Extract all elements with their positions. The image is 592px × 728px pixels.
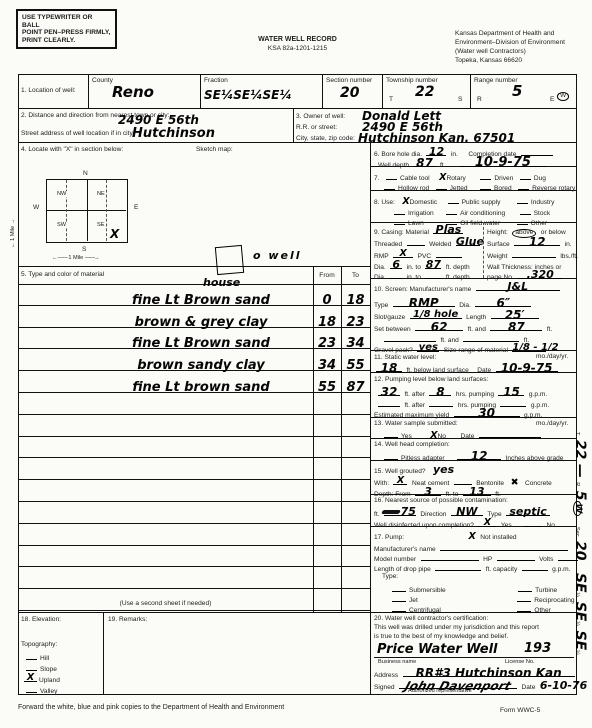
reverse-rotary-blank <box>518 183 529 190</box>
domestic-check: X <box>402 196 409 207</box>
dia1-ftdepth: ft. depth <box>446 264 470 271</box>
direction-value: NW <box>451 507 483 517</box>
sec3-city-label: City, state, zip code: <box>296 135 355 143</box>
static-date-label: Date <box>477 367 491 374</box>
sec2-value1: 2490 E 56th <box>118 113 199 127</box>
set-ft-label: ft. <box>547 326 553 333</box>
slope-label: Slope <box>40 666 57 673</box>
sample-no-check: X <box>430 430 437 441</box>
screen-length-blank: 25′ <box>491 312 539 319</box>
pump-hrs-value: 8 <box>429 387 451 397</box>
disinfected-yes-blank: X <box>478 520 496 527</box>
est-yield-label: Estimated maximum yield <box>374 412 449 419</box>
jetted-label: Jetted <box>450 185 468 192</box>
water-well-record-form: USE TYPEWRITER OR BALL POINT PEN–PRESS F… <box>0 0 592 728</box>
pump-gpm-value: 15 <box>498 387 524 397</box>
set-between-label: Set between <box>374 326 411 333</box>
margin-section-value: 20 <box>572 541 588 560</box>
margin-se2: SE <box>572 602 588 622</box>
sample-mdy-label: mo./day/yr. <box>536 420 568 428</box>
pitless-blank <box>384 453 398 460</box>
jetted-blank <box>436 183 447 190</box>
cell-line <box>88 74 89 108</box>
height-label: Height: <box>487 229 508 236</box>
well-depth-blank: 87 <box>414 160 436 167</box>
sec17-line4: Length of drop pipe ft. capacity g.p.m. <box>374 563 571 574</box>
margin-township-value: 22 <box>572 440 588 459</box>
sec17-line2: Manufacturer's name <box>374 543 568 554</box>
section-grid: NW NE SW SE X <box>46 179 128 243</box>
fraction-value: SE¼SE¼SE¼ <box>204 88 292 102</box>
cable-tool-label: Cable tool <box>400 175 430 182</box>
sec10-line6: Gravel pack? yes Size range of material … <box>374 344 546 355</box>
county-value: Reno <box>112 83 154 101</box>
sec14-line2: Pitless adapter 12 Inches above grade <box>382 452 563 463</box>
address-blank: RR#3 Hutchinson Kan <box>403 670 575 677</box>
table-row <box>18 567 370 589</box>
sample-no-label: No <box>438 433 446 440</box>
cell-line <box>322 74 323 108</box>
address-value: RR#3 Hutchinson Kan <box>403 668 575 678</box>
set2-blank: 87 <box>490 324 542 331</box>
margin-legal-annotation: T 22 — R 5W Sec 20 SE¼ SE¼ SE¼ <box>559 432 589 700</box>
table-row <box>18 502 370 524</box>
table-row <box>18 437 370 459</box>
not-installed-check: X <box>469 531 476 542</box>
row1-divider <box>18 108 577 109</box>
irrigation-blank <box>394 208 405 215</box>
margin-t-label: T <box>574 432 580 435</box>
margin-dash: — <box>572 464 588 478</box>
valley-label: Valley <box>40 688 57 695</box>
capacity-blank <box>522 564 548 571</box>
not-installed-label: Not installed <box>480 534 516 541</box>
sec15-line1: 15. Well grouted? yes <box>374 465 454 476</box>
sec8-line1: 8. Use: XDomestic Public supply Industry <box>374 196 554 207</box>
elevation-label: 18. Elevation: <box>21 616 61 624</box>
disinfected-yes-label: Yes <box>501 522 512 529</box>
slot-gauze-blank: 1/8 hole <box>410 312 462 319</box>
pump-type-label: Type: <box>382 573 398 581</box>
industry-blank <box>517 197 528 204</box>
pump-label: 17. Pump: <box>374 534 404 541</box>
compass-s: S <box>82 246 86 254</box>
table-row: brown & grey clay1823 <box>18 306 370 328</box>
weight-label: Weight <box>487 253 507 260</box>
pvc-blank <box>436 251 462 258</box>
contam-dist-blank: 75 <box>384 509 416 516</box>
screen-type-value: RMP <box>393 298 455 308</box>
quadrant-nw: NW <box>56 191 67 197</box>
township-s: S <box>458 96 462 104</box>
upland-blank: X <box>24 675 37 682</box>
disinfected-no-label: No <box>547 522 555 529</box>
neat-cement-blank: X <box>393 478 407 485</box>
grid-center-hline <box>47 210 126 211</box>
sec8-line2: Irrigation Air conditioning Stock <box>392 207 550 218</box>
centrifugal-blank <box>392 605 406 612</box>
cell-line <box>470 74 471 108</box>
distribution-note: Forward the white, blue and pink copies … <box>18 704 284 712</box>
sec2-label2: Street address of well location if in ci… <box>21 130 135 138</box>
margin-q1: ¼ <box>574 593 580 598</box>
sample-date-label: Date <box>460 433 474 440</box>
screen-type-blank: RMP <box>393 300 455 307</box>
jet-label: Jet <box>409 597 418 604</box>
sec7-line2: Hollow rod Jetted Bored Reverse rotary <box>382 182 575 193</box>
submersible-blank <box>392 585 406 592</box>
disinfected-label: Well disinfected upon completion? <box>374 522 474 529</box>
cell-line <box>382 74 383 108</box>
range-r: R <box>477 96 482 104</box>
weight-blank <box>512 251 556 258</box>
grid-center-vline <box>87 180 88 241</box>
completion-date-value: 10-9-75 <box>460 158 546 168</box>
disinfected-yes-check: X <box>478 518 496 528</box>
margin-q3: ¼ <box>574 650 580 655</box>
pump-hrs-label: hrs. pumping <box>456 391 494 398</box>
driven-blank <box>480 173 491 180</box>
public-supply-blank <box>448 197 459 204</box>
screen-mfr-label: 10. Screen: Manufacturer's name <box>374 286 471 293</box>
jet-blank <box>392 595 406 602</box>
upland-check: X <box>24 673 37 683</box>
static-date-blank: 10-9-75 <box>496 365 558 372</box>
with-label: With: <box>374 480 389 487</box>
sec13-line2: Yes XNo Date <box>382 430 541 441</box>
license-label: License No. <box>505 659 535 665</box>
grid-dash-vline <box>106 180 107 241</box>
hill-label: Hill <box>40 655 49 662</box>
margin-range-value: 5 <box>572 491 588 501</box>
sec11-line2: 18 ft. below land surface Date 10-9-75 <box>376 364 558 375</box>
sec2-value2: Hutchinson <box>132 126 215 141</box>
hollow-rod-blank <box>384 183 395 190</box>
margin-se1: SE <box>572 573 588 593</box>
sec16-line2: ft. 75 Direction NW Type septic <box>374 508 550 519</box>
pump-ftafter-label: ft. after <box>404 391 425 398</box>
static-below-label: ft. below land surface <box>406 367 468 374</box>
instruction-box: USE TYPEWRITER OR BALL POINT PEN–PRESS F… <box>16 9 117 49</box>
pumping-level-label: 12. Pumping level below land surfaces: <box>374 376 488 384</box>
submersible-label: Submersible <box>409 587 446 594</box>
certification-line2: is true to the best of my knowledge and … <box>374 633 508 641</box>
instruction-line2: POINT PEN–PRESS FIRMLY, <box>22 29 111 37</box>
to-header: To <box>341 272 370 280</box>
business-name-value: Price Water Well <box>377 642 497 657</box>
casing-material-blank: Plas <box>433 227 463 234</box>
sec17-line8: Centrifugal Other <box>390 604 551 615</box>
range-value: 5 <box>512 82 522 100</box>
sign-date-label: Date <box>521 684 535 691</box>
screen-mfr-blank: J&L <box>476 284 560 291</box>
compass-n: N <box>83 170 88 178</box>
instruction-line1: USE TYPEWRITER OR BALL <box>22 14 111 29</box>
sec4-label: 4. Locate with "X" in section below: <box>21 146 123 154</box>
dia1-value: 6 <box>390 260 402 270</box>
certification-line1: This well was drilled under my jurisdict… <box>374 624 539 632</box>
pump-mfr-label: Manufacturer's name <box>374 546 436 553</box>
margin-sec-label: Sec <box>574 527 580 537</box>
static-date-value: 10-9-75 <box>496 363 558 373</box>
table-row <box>18 480 370 502</box>
section-number-label: Section number <box>326 77 372 85</box>
sec10-line1: 10. Screen: Manufacturer's name J&L <box>374 283 560 294</box>
grout-d2-value: 13 <box>463 487 491 497</box>
grout-d1-blank: 3 <box>415 489 441 496</box>
table-row <box>18 458 370 480</box>
hill-blank <box>26 653 37 660</box>
casing-material-value: Plas <box>433 225 463 235</box>
form-statute: KSA 82a-1201-1215 <box>215 45 380 53</box>
sec7-line1: 7. Cable tool XRotary Driven Dug <box>374 172 546 183</box>
pitless-label: Pitless adapter <box>401 455 445 462</box>
topography-label: Topography: <box>21 641 57 649</box>
screen-dia-blank: 6″ <box>475 300 531 307</box>
agency-line1: Kansas Department of Health and <box>455 30 554 38</box>
margin-w-circled: W <box>573 501 582 517</box>
screen-dia-value: 6″ <box>475 298 531 308</box>
contam-dist-value: 75 <box>384 507 416 517</box>
dia2-blank <box>390 272 402 279</box>
other-pump-label: Other <box>534 607 551 614</box>
dia1-into: in. to <box>407 264 421 271</box>
business-line <box>374 657 574 658</box>
neat-cement-check: X <box>393 476 407 486</box>
margin-q2: ¼ <box>574 621 580 626</box>
page-no-blank: .320 <box>518 272 562 279</box>
weight-unit: lbs./ft. <box>560 253 578 260</box>
pump2-gpm-label: g.p.m. <box>531 402 549 409</box>
direction-blank: NW <box>451 509 483 516</box>
screen-length-value: 25′ <box>491 310 539 320</box>
cell-line <box>293 108 294 142</box>
size-range-value: 1/8 - 1/2 <box>512 343 546 353</box>
sec16-line3: Well disinfected upon completion? X Yes … <box>374 519 555 530</box>
grout-d2-blank: 13 <box>463 489 491 496</box>
est-yield-unit: g.p.m. <box>524 412 542 419</box>
screen-length-label: Length <box>466 314 486 321</box>
mile-arrow-left: ← <box>10 242 16 248</box>
mile-h-label: 1 Mile <box>68 255 83 261</box>
valley-blank <box>26 686 37 693</box>
authorized-rep-label: Authorized representative <box>408 688 472 694</box>
sec5-top-line <box>18 266 370 267</box>
sec10-line4: Set between 62 ft. and 87 ft. <box>374 323 552 334</box>
quadrant-sw: SW <box>56 222 67 228</box>
table-row <box>18 546 370 568</box>
from-header: From <box>313 272 341 280</box>
sec3-label: 3. Owner of well: <box>296 113 345 121</box>
welded-blank: Glue <box>456 239 480 246</box>
size-range-label: Size range of material <box>444 347 508 354</box>
table-row: brown sandy clay3455 <box>18 349 370 371</box>
drop-pipe-label: Length of drop pipe <box>374 566 431 573</box>
grid-dash-vline <box>66 180 67 241</box>
stock-blank <box>520 208 531 215</box>
est-yield-value: 30 <box>454 408 520 418</box>
size-range-blank: 1/8 - 1/2 <box>512 345 546 352</box>
pump-mfr-blank <box>440 544 568 551</box>
sec20-address-line: Address RR#3 Hutchinson Kan <box>374 669 575 680</box>
margin-r-label: R <box>574 482 580 486</box>
irrigation-label: Irrigation <box>408 210 434 217</box>
driven-label: Driven <box>494 175 513 182</box>
sec17-line7: Jet Reciprocating <box>390 594 575 605</box>
welded-value: Glue <box>456 237 480 247</box>
sketch-house-square <box>215 245 244 275</box>
agency-line4: Topeka, Kansas 66620 <box>455 57 522 65</box>
sec3-rr-label: R.R. or street: <box>296 124 337 132</box>
concrete-mark: ✖ <box>511 477 519 488</box>
certification-label: 20. Water well contractor's certificatio… <box>374 615 488 623</box>
inches-value: 12 <box>457 451 501 461</box>
mile-v-label: 1 Mile <box>10 226 16 241</box>
stock-label: Stock <box>534 210 551 217</box>
dia2-ftdepth: ft. depth <box>446 274 470 281</box>
use-label: 8. Use: <box>374 199 395 206</box>
air-conditioning-label: Air conditioning <box>460 210 505 217</box>
screen-mfr-value: J&L <box>476 282 560 292</box>
slot-gauze-value: 1/8 hole <box>410 310 462 320</box>
drop-pipe-blank <box>435 564 481 571</box>
depth2-blank <box>425 272 441 279</box>
surface-blank: 12 <box>514 239 560 246</box>
sketch-well-label: o well <box>253 249 302 262</box>
sketch-map-label: Sketch map: <box>196 146 233 154</box>
pump2-level-blank <box>378 400 400 407</box>
hollow-rod-label: Hollow rod <box>398 185 429 192</box>
dia2-label: Dia. <box>374 274 386 281</box>
est-yield-blank: 30 <box>454 410 520 417</box>
completion-date-line: 10-9-75 <box>460 160 546 167</box>
second-sheet-note: (Use a second sheet if needed) <box>18 600 313 608</box>
dia1-blank: 6 <box>390 262 402 269</box>
centrifugal-label: Centrifugal <box>409 607 441 614</box>
topo-upland-line: XUpland <box>24 674 60 685</box>
inches-blank: 12 <box>457 453 501 460</box>
topo-hill-line: Hill <box>24 652 49 663</box>
county-label: County <box>92 77 113 85</box>
quadrant-ne: NE <box>96 191 106 197</box>
mile-scale-horizontal: ←—— 1 Mile ——→ <box>52 255 100 261</box>
pump2-ftafter-label: ft. after <box>404 402 425 409</box>
license-value: 193 <box>524 641 551 656</box>
location-label: 1. Location of well: <box>21 87 76 95</box>
rotary-label: Rotary <box>446 175 465 182</box>
range-e: E <box>550 96 554 104</box>
slope-blank <box>26 664 37 671</box>
table-row: fine Lt Brown sand018 <box>18 284 370 306</box>
disinfected-no-blank <box>524 520 542 527</box>
set-ftand-label: ft. and <box>468 326 486 333</box>
signed-label: Signed <box>374 684 395 691</box>
air-conditioning-blank <box>446 208 457 215</box>
sec5-label: 5. Type and color of material <box>21 271 104 279</box>
screen-type-label: Type <box>374 302 388 309</box>
contamination-label: 16. Nearest source of possible contamina… <box>374 497 508 505</box>
well-location-x-mark: X <box>110 227 119 241</box>
sec20-signed-line: Signed John Davenport Date 6-10-76 <box>374 681 587 692</box>
model-label: Model number <box>374 556 416 563</box>
bore-dia-label: 6. Bore hole dia. <box>374 151 422 158</box>
sample-yes-blank <box>384 431 398 438</box>
cable-tool-blank <box>386 173 397 180</box>
sec12-line4: Estimated maximum yield 30 g.p.m. <box>374 409 542 420</box>
lawn-blank <box>394 218 405 225</box>
well-depth-unit: ft. <box>440 162 446 169</box>
reciprocating-blank <box>517 595 531 602</box>
table-row: fine Lt brown sand5587 <box>18 371 370 393</box>
sec7-number: 7. <box>374 175 380 182</box>
set3-blank <box>384 335 436 342</box>
township-value: 22 <box>415 84 434 100</box>
depth1-value: 87 <box>425 260 441 270</box>
dug-label: Dug <box>534 175 546 182</box>
industry-label: Industry <box>531 199 554 206</box>
pump-gpm-label: g.p.m. <box>529 391 547 398</box>
turbine-blank <box>518 585 532 592</box>
pump-level-blank: 32 <box>378 389 400 396</box>
table-row: fine Lt Brown sand2334 <box>18 328 370 350</box>
grouted-label: 15. Well grouted? <box>374 468 426 475</box>
township-t: T <box>389 96 393 104</box>
inches-label: Inches above grade <box>506 455 564 462</box>
margin-se3: SE <box>572 631 588 651</box>
pump-gpm-blank: 15 <box>498 389 524 396</box>
material-table-body: fine Lt Brown sand018brown & grey clay18… <box>18 284 370 596</box>
capacity-label: ft. capacity <box>486 566 518 573</box>
pump-level-value: 32 <box>378 387 400 397</box>
static-level-blank: 18 <box>376 365 402 372</box>
compass-w: W <box>33 204 39 212</box>
cell-line <box>200 74 201 108</box>
sample-date-blank <box>479 431 541 438</box>
turbine-label: Turbine <box>535 587 557 594</box>
upland-label: Upland <box>39 677 60 684</box>
table-row <box>18 415 370 437</box>
model-blank <box>421 554 479 561</box>
bore-dia-unit: in. <box>451 151 458 158</box>
gravel-pack-value: yes <box>417 343 439 353</box>
gravel-pack-blank: yes <box>417 345 439 352</box>
instruction-line3: PRINT CLEARLY. <box>22 37 111 45</box>
sec18-divider <box>103 612 104 695</box>
concrete-label: Concrete <box>525 480 552 487</box>
well-head-label: 14. Well head completion: <box>374 441 450 449</box>
static-level-value: 18 <box>376 363 402 373</box>
slot-gauze-label: Slot/gauze <box>374 314 405 321</box>
agency-line2: Environment–Division of Environment <box>455 39 565 47</box>
other-pump-blank <box>517 605 531 612</box>
set2-value: 87 <box>490 322 542 332</box>
public-supply-label: Public supply <box>462 199 501 206</box>
direction-label: Direction <box>420 511 446 518</box>
gravel-pack-label: Gravel pack? <box>374 347 413 354</box>
bored-blank <box>480 183 491 190</box>
table-row <box>18 393 370 415</box>
mile-arrow-right: → <box>10 219 16 225</box>
casing-dashed-divider <box>483 222 484 278</box>
sec17-line6: Submersible Turbine <box>390 584 557 595</box>
grout-d1-value: 3 <box>415 487 441 497</box>
topo-valley-line: Valley <box>24 685 57 696</box>
section-number-value: 20 <box>340 85 359 101</box>
page-no-value: .320 <box>518 270 562 280</box>
form-number: Form WWC-5 <box>500 707 540 715</box>
hp-blank <box>497 554 535 561</box>
sec9-line3-right: Weight lbs./ft. <box>487 250 578 261</box>
